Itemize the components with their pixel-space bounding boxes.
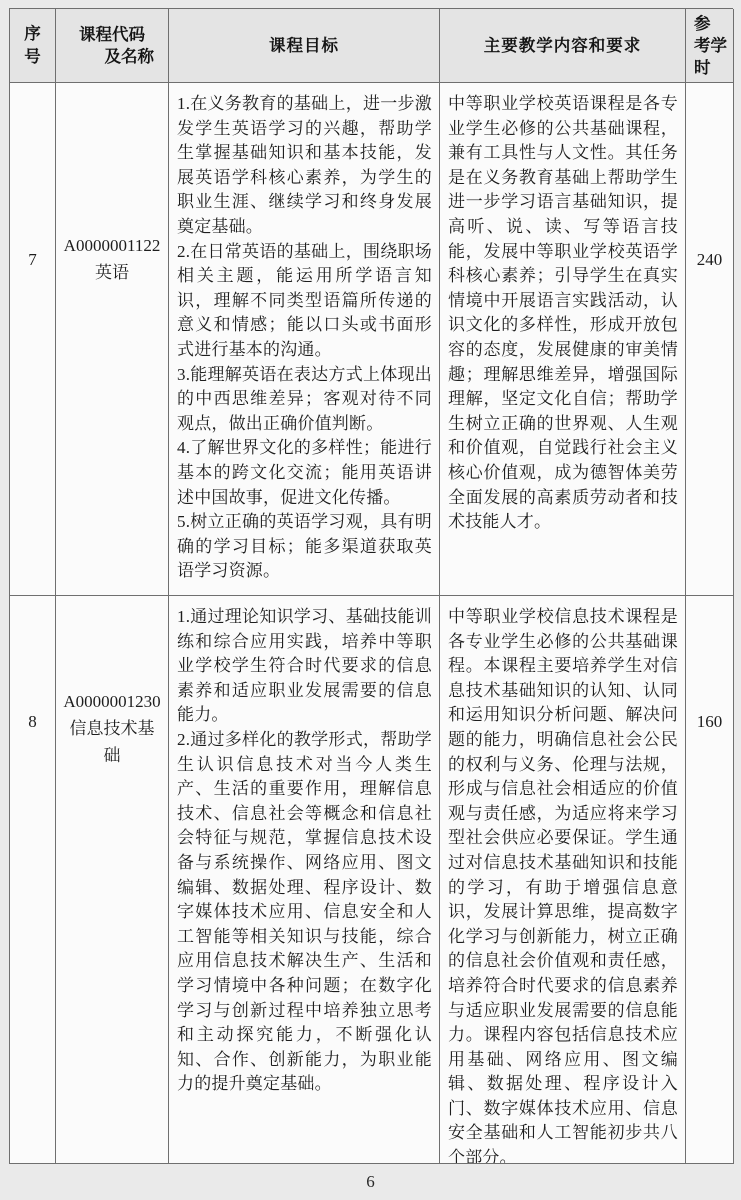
table-row-8-content: 中等职业学校信息技术课程是各专业学生必修的公共基础课程。本课程主要培养学生对信息…: [440, 596, 686, 1164]
row-7-objective-1: 1.在义务教育的基础上，进一步激发学生英语学习的兴趣，帮助学生掌握基础知识和基本…: [177, 92, 432, 240]
row-7-hours-value: 240: [697, 246, 723, 273]
row-8-course-name: 信息技术基础: [64, 715, 160, 769]
header-teaching-content-label: 主要教学内容和要求: [484, 35, 642, 57]
table-row-7-hours: 240: [686, 83, 734, 596]
row-8-seq-value: 8: [28, 708, 37, 735]
row-8-course-code: A0000001230: [63, 688, 160, 715]
course-table: 序号 课程代码 及名称 课程目标 主要教学内容和要求 参 考学 时 7 A000…: [9, 8, 733, 1164]
header-reference-hours-line1: 参: [694, 13, 733, 35]
table-row-7-seq: 7: [10, 83, 56, 596]
row-7-course-code: A0000001122: [64, 232, 161, 259]
row-7-course-name: 英语: [95, 259, 129, 286]
row-8-content-text: 中等职业学校信息技术课程是各专业学生必修的公共基础课程。本课程主要培养学生对信息…: [448, 605, 678, 1164]
table-row-7-content: 中等职业学校英语课程是各专业学生必修的公共基础课程，兼有工具性与人文性。其任务是…: [440, 83, 686, 596]
header-reference-hours-line3: 时: [694, 57, 733, 79]
table-row-7-code-name: A0000001122 英语: [56, 83, 169, 596]
document-page: 序号 课程代码 及名称 课程目标 主要教学内容和要求 参 考学 时 7 A000…: [0, 0, 741, 1200]
table-row-8-seq: 8: [10, 596, 56, 1164]
header-course-objectives-label: 课程目标: [269, 35, 339, 57]
row-7-objective-2: 2.在日常英语的基础上，围绕职场相关主题，能运用所学语言知识，理解不同类型语篇所…: [177, 240, 432, 363]
row-7-objective-3: 3.能理解英语在表达方式上体现出的中西思维差异；客观对待不同观点，做出正确价值判…: [177, 363, 432, 437]
row-7-seq-value: 7: [28, 246, 37, 273]
header-seq-no: 序号: [10, 9, 56, 83]
row-7-objective-5: 5.树立正确的英语学习观，具有明确的学习目标；能多渠道获取英语学习资源。: [177, 510, 432, 584]
table-row-7-objectives: 1.在义务教育的基础上，进一步激发学生英语学习的兴趣，帮助学生掌握基础知识和基本…: [169, 83, 440, 596]
header-course-code-name: 课程代码 及名称: [56, 9, 169, 83]
row-8-objective-1: 1.通过理论知识学习、基础技能训练和综合应用实践，培养中等职业学校学生符合时代要…: [177, 605, 432, 728]
row-7-objective-4: 4.了解世界文化的多样性；能进行基本的跨文化交流；能用英语讲述中国故事，促进文化…: [177, 436, 432, 510]
header-seq-no-label: 序号: [23, 23, 42, 69]
header-course-code-line2: 及名称: [60, 46, 164, 68]
header-reference-hours: 参 考学 时: [686, 9, 734, 83]
row-8-hours-value: 160: [697, 708, 723, 735]
table-row-8-code-name: A0000001230 信息技术基础: [56, 596, 169, 1164]
row-7-content-text: 中等职业学校英语课程是各专业学生必修的公共基础课程，兼有工具性与人文性。其任务是…: [448, 92, 678, 535]
table-row-8-objectives: 1.通过理论知识学习、基础技能训练和综合应用实践，培养中等职业学校学生符合时代要…: [169, 596, 440, 1164]
page-number: 6: [0, 1172, 741, 1192]
header-course-objectives: 课程目标: [169, 9, 440, 83]
table-row-8-hours: 160: [686, 596, 734, 1164]
row-8-objective-2: 2.通过多样化的教学形式，帮助学生认识信息技术对当今人类生产、生活的重要作用，理…: [177, 728, 432, 1097]
header-teaching-content: 主要教学内容和要求: [440, 9, 686, 83]
header-reference-hours-line2: 考学: [694, 35, 733, 57]
header-course-code-line1: 课程代码: [60, 24, 164, 46]
